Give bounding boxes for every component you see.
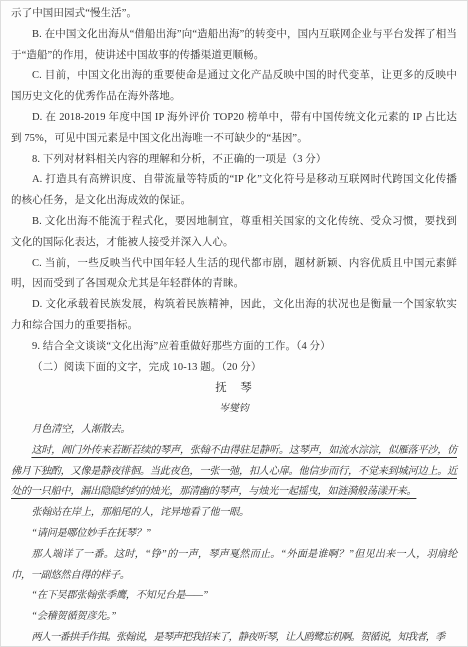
story-paragraph-3: 那人端详了一番。这时，“铮”的一声，琴声戛然而止。“外面是谁啊？”但见出来一人，… [11, 545, 457, 587]
story-paragraph-2: 张翰站在岸上，那船尾的人，诧异地看了他一眼。 [11, 503, 457, 524]
mc-option-b: B. 在中国文化出海从“借船出海”向“造船出海”的转变中，国内互联网企业与平台发… [11, 25, 457, 67]
section-2-header: （二）阅读下面的文字，完成 10-13 题。（20 分） [11, 358, 457, 379]
dialogue-line-1: “请问是哪位妙手在抚琴？” [11, 524, 457, 545]
question-8-option-a: A. 打造具有高辨识度、自带流量等特质的“IP 化”文化符号是移动互联网时代跨国… [11, 170, 457, 212]
material-line-continuation: 示了中国田园式“慢生活”。 [11, 4, 457, 25]
story-title: 抚 琴 [11, 378, 457, 399]
mc-option-d: D. 在 2018-2019 年度中国 IP 海外评价 TOP20 榜单中，带有… [11, 108, 457, 150]
dialogue-line-2: “在下吴郡张翰张季鹰，不知兄台是——” [11, 586, 457, 607]
dialogue-line-3: “会稽贺循贺彦先。” [11, 607, 457, 628]
story-paragraph-1: 月色清空，人渐散去。 [11, 420, 457, 441]
exam-paper-page: 示了中国田园式“慢生活”。 B. 在中国文化出海从“借船出海”向“造船出海”的转… [0, 0, 468, 647]
question-8-option-c: C. 当前，一些反映当代中国年轻人生活的现代都市剧，题材新颖、内容优质且中国元素… [11, 254, 457, 296]
story-paragraph-4: 两人一番拱手作揖。张翰说，是琴声把我招来了，静夜听琴，让人鸥鹭忘机啊。贺循说，知… [11, 628, 457, 647]
story-author: 岑燮钧 [11, 399, 457, 420]
question-8-option-b: B. 文化出海不能流于程式化，要因地制宜，尊重相关国家的文化传统、受众习惯，要找… [11, 212, 457, 254]
mc-option-c: C. 目前，中国文化出海的重要使命是通过文化产品反映中国的时代变革，让更多的反映… [11, 66, 457, 108]
question-8-stem: 8. 下列对材料相关内容的理解和分析，不正确的一项是（3 分） [11, 150, 457, 171]
question-9-stem: 9. 结合全文谈谈“文化出海”应着重做好那些方面的工作。（4 分） [11, 337, 457, 358]
question-8-option-d: D. 文化承载着民族发展，构筑着民族精神，因此，文化出海的状况也是衡量一个国家软… [11, 295, 457, 337]
story-underlined-passage: 这时，阊门外传来若断若续的琴声，张翰不由得驻足静听。这琴声，如流水淙淙，似雁落平… [11, 441, 457, 503]
